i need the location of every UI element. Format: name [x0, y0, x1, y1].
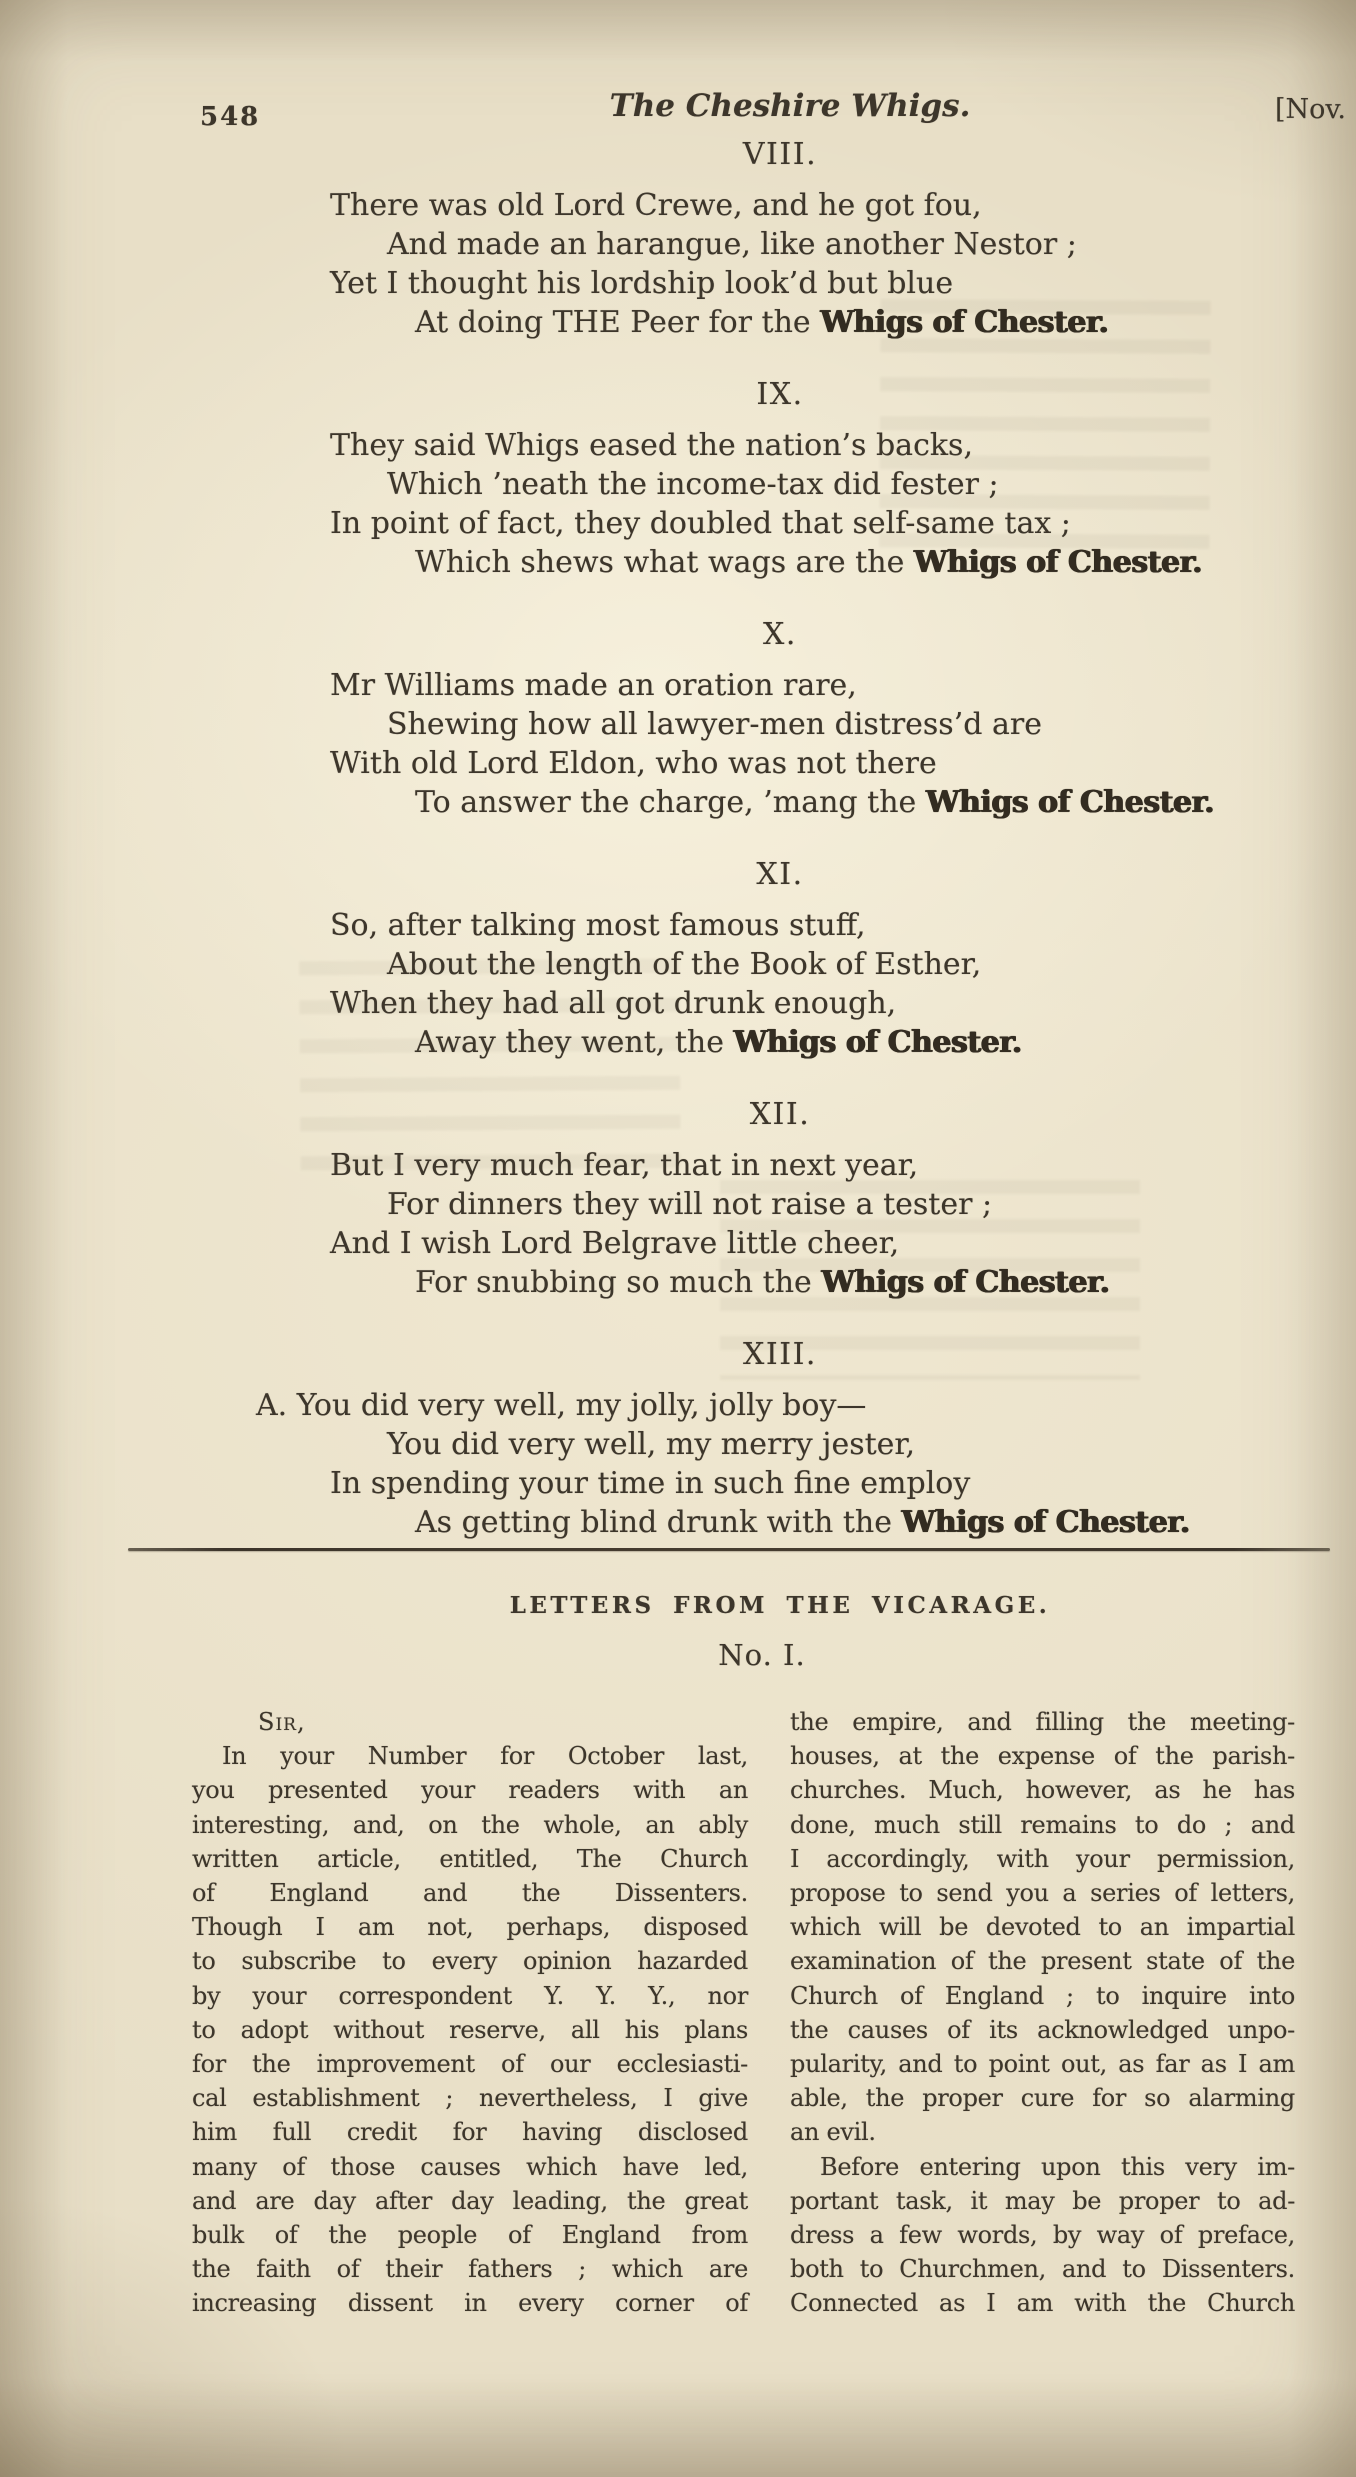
text-line: written article, entitled, The Church: [192, 1842, 748, 1876]
text-line: Church of England ; to inquire into: [790, 1979, 1295, 2013]
text-line: you presented your readers with an: [192, 1773, 748, 1807]
text-line: I accordingly, with your permission,: [790, 1842, 1295, 1876]
verse-line-text: As getting blind drunk with the: [415, 1505, 902, 1540]
section-subheading: No. I.: [718, 1638, 805, 1672]
text-line: propose to send you a series of letters,: [790, 1876, 1295, 1910]
text-line: cal establishment ; nevertheless, I give: [192, 2081, 748, 2115]
verse-line: Shewing how all lawyer-men distress’d ar…: [387, 705, 1230, 744]
poem-stanza-xii: XII. But I very much fear, that in next …: [330, 1098, 1230, 1302]
poem: VIII. There was old Lord Crewe, and he g…: [330, 138, 1230, 1578]
refrain-blackletter: Whigs of Chester.: [734, 1025, 1022, 1060]
verse-line: To answer the charge, ’mang the Whigs of…: [415, 783, 1230, 822]
section-heading: LETTERS FROM THE VICARAGE.: [510, 1592, 1051, 1619]
verse-line: But I very much fear, that in next year,: [330, 1146, 1230, 1185]
poem-stanza-xiii: XIII. A. You did very well, my jolly, jo…: [330, 1338, 1230, 1542]
text-line: many of those causes which have led,: [192, 2150, 748, 2184]
stanza-numeral: VIII.: [330, 138, 1230, 172]
verse-line-text: For snubbing so much the: [415, 1265, 821, 1300]
verse-line: Mr Williams made an oration rare,: [330, 666, 1230, 705]
issue-date: [Nov.: [1275, 94, 1346, 125]
verse-line: About the length of the Book of Esther,: [387, 945, 1230, 984]
verse-line: Yet I thought his lordship look’d but bl…: [330, 264, 1230, 303]
text-line: which will be devoted to an impartial: [790, 1910, 1295, 1944]
verse-line: When they had all got drunk enough,: [330, 984, 1230, 1023]
stanza-numeral: XIII.: [330, 1338, 1230, 1372]
text-line: to adopt without reserve, all his plans: [192, 2013, 748, 2047]
verse-line: Which ’neath the income-tax did fester ;: [387, 465, 1230, 504]
text-line: done, much still remains to do ; and: [790, 1808, 1295, 1842]
text-line: the faith of their fathers ; which are: [192, 2252, 748, 2286]
scanned-page: 548 The Cheshire Whigs. [Nov. VIII. Ther…: [0, 0, 1356, 2477]
text-line: the empire, and filling the meeting-: [790, 1705, 1295, 1739]
text-line: examination of the present state of the: [790, 1944, 1295, 1978]
text-line: Before entering upon this very im-: [790, 2150, 1295, 2184]
poem-stanza-xi: XI. So, after talking most famous stuff,…: [330, 858, 1230, 1062]
poem-stanza-x: X. Mr Williams made an oration rare, She…: [330, 618, 1230, 822]
verse-line: You did very well, my merry jester,: [387, 1425, 1230, 1464]
refrain-blackletter: Whigs of Chester.: [914, 545, 1202, 580]
verse-line: As getting blind drunk with the Whigs of…: [415, 1503, 1230, 1542]
refrain-blackletter: Whigs of Chester.: [820, 305, 1108, 340]
poem-stanza-ix: IX. They said Whigs eased the nation’s b…: [330, 378, 1230, 582]
stanza-numeral: X.: [330, 618, 1230, 652]
text-line: of England and the Dissenters.: [192, 1876, 748, 1910]
text-line: increasing dissent in every corner of: [192, 2286, 748, 2320]
verse-line-text: Which shews what wags are the: [415, 545, 914, 580]
verse-line: For snubbing so much the Whigs of Cheste…: [415, 1263, 1230, 1302]
verse-line: For dinners they will not raise a tester…: [387, 1185, 1230, 1224]
text-line: houses, at the expense of the parish-: [790, 1739, 1295, 1773]
stanza-numeral: XII.: [330, 1098, 1230, 1132]
verse-line: And I wish Lord Belgrave little cheer,: [330, 1224, 1230, 1263]
verse-line: They said Whigs eased the nation’s backs…: [330, 426, 1230, 465]
text-line: portant task, it may be proper to ad-: [790, 2184, 1295, 2218]
text-line: In your Number for October last,: [192, 1739, 748, 1773]
poem-stanza-viii: VIII. There was old Lord Crewe, and he g…: [330, 138, 1230, 342]
text-line: bulk of the people of England from: [192, 2218, 748, 2252]
verse-line: At doing THE Peer for the Whigs of Chest…: [415, 303, 1230, 342]
text-line: both to Churchmen, and to Dissenters.: [790, 2252, 1295, 2286]
text-line: and are day after day leading, the great: [192, 2184, 748, 2218]
refrain-blackletter: Whigs of Chester.: [926, 785, 1214, 820]
text-line: pularity, and to point out, as far as I …: [790, 2047, 1295, 2081]
text-line: to subscribe to every opinion hazarded: [192, 1944, 748, 1978]
verse-line: Away they went, the Whigs of Chester.: [415, 1023, 1230, 1062]
section-divider: [128, 1548, 1330, 1551]
text-line: him full credit for having disclosed: [192, 2115, 748, 2149]
text-line: for the improvement of our ecclesiasti-: [192, 2047, 748, 2081]
verse-line-text: Away they went, the: [415, 1025, 734, 1060]
refrain-blackletter: Whigs of Chester.: [821, 1265, 1109, 1300]
text-line: interesting, and, on the whole, an ably: [192, 1808, 748, 1842]
column-left: Sir,In your Number for October last,you …: [192, 1705, 748, 2321]
verse-line-text: At doing THE Peer for the: [415, 305, 820, 340]
refrain-blackletter: Whigs of Chester.: [902, 1505, 1190, 1540]
text-line: dress a few words, by way of preface,: [790, 2218, 1295, 2252]
text-line: able, the proper cure for so alarming: [790, 2081, 1295, 2115]
page-number: 548: [200, 102, 260, 132]
verse-line-text: To answer the charge, ’mang the: [415, 785, 926, 820]
verse-line: Which shews what wags are the Whigs of C…: [415, 543, 1230, 582]
column-right: the empire, and filling the meeting-hous…: [790, 1705, 1295, 2321]
verse-line: In point of fact, they doubled that self…: [330, 504, 1230, 543]
text-line: Connected as I am with the Church: [790, 2286, 1295, 2320]
text-line: the causes of its acknowledged unpo-: [790, 2013, 1295, 2047]
verse-line: With old Lord Eldon, who was not there: [330, 744, 1230, 783]
verse-line: There was old Lord Crewe, and he got fou…: [330, 186, 1230, 225]
stanza-numeral: XI.: [330, 858, 1230, 892]
verse-line: A. You did very well, my jolly, jolly bo…: [256, 1386, 1230, 1425]
stanza-numeral: IX.: [330, 378, 1230, 412]
running-title: The Cheshire Whigs.: [610, 88, 971, 124]
verse-line: In spending your time in such fine emplo…: [330, 1464, 1230, 1503]
verse-line: And made an harangue, like another Nesto…: [387, 225, 1230, 264]
text-line: Sir,: [192, 1705, 748, 1739]
text-line: an evil.: [790, 2115, 1295, 2149]
text-line: churches. Much, however, as he has: [790, 1773, 1295, 1807]
text-line: by your correspondent Y. Y. Y., nor: [192, 1979, 748, 2013]
text-line: Though I am not, perhaps, disposed: [192, 1910, 748, 1944]
verse-line: So, after talking most famous stuff,: [330, 906, 1230, 945]
